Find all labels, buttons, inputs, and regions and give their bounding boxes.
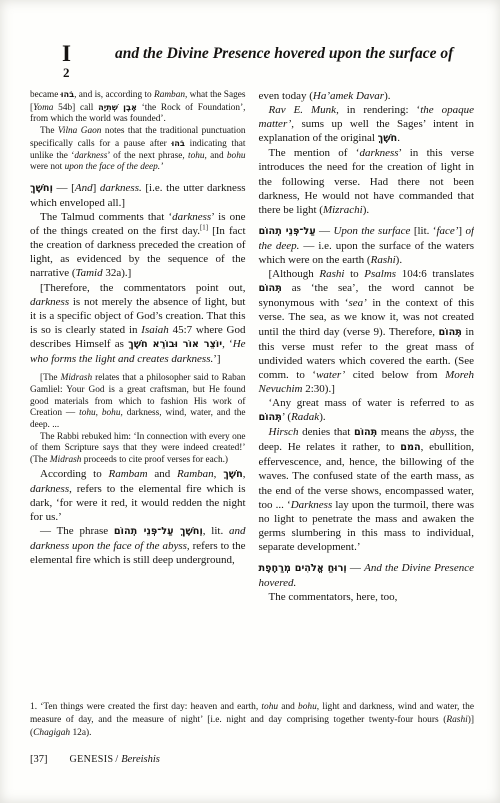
page-header: I 2 and the Divine Presence hovered upon… [62, 44, 472, 79]
hebrew-term: המם [400, 442, 420, 453]
hebrew-term: תְּהוֹם [259, 412, 282, 423]
hebrew-term: יוֹצֵר אוֹר וּבוֹרֵא חֹשֶׁךְ [128, 339, 222, 350]
hebrew-term: וְרוּחַ אֱלֹהִים מְרַחֶפֶת [259, 563, 347, 574]
paragraph: [Therefore, the commentators point out, … [30, 281, 246, 367]
paragraph: became בֹהוּ, and is, according to Ramba… [30, 89, 246, 126]
hebrew-term: תְּהוֹם [354, 427, 377, 438]
parsha-title: Bereishis [121, 754, 160, 766]
hebrew-term: אֶבֶן שְׁתִיָה [98, 102, 137, 112]
paragraph: — The phrase וְחֹשֶׁךְ עַל־פְּנֵי תְהוֹם… [30, 524, 246, 567]
paragraph: ‘Any great mass of water is referred to … [259, 396, 475, 425]
paragraph: עַל־פְּנֵי תְהוֹם — Upon the surface [li… [259, 224, 475, 267]
hebrew-term: בֹהוּ [171, 138, 184, 148]
book-page: I 2 and the Divine Presence hovered upon… [0, 0, 500, 803]
paragraph: Rav E. Munk, in rendering: ‘the opaque m… [259, 103, 475, 146]
footnote-marker: [1] [200, 225, 208, 232]
running-head-verse-text: and the Divine Presence hovered upon the… [115, 44, 472, 64]
hebrew-term: עַל־פְּנֵי תְהוֹם [259, 226, 316, 237]
footnote: 1. ‘Ten things were created the first da… [30, 701, 474, 740]
paragraph: The mention of ‘darkness’ in this verse … [259, 146, 475, 216]
page-number: [37] [30, 754, 48, 766]
paragraph: even today (Ha’amek Davar). [259, 89, 475, 103]
book-title: GENESIS [70, 754, 114, 766]
hebrew-term: חֹשֶׁךְ [223, 469, 243, 480]
paragraph: According to Rambam and Ramban, חֹשֶׁךְ,… [30, 467, 246, 524]
paragraph: וְחֹשֶׁךְ — [And] darkness. [i.e. the ut… [30, 181, 246, 210]
paragraph: [Although Rashi to Psalms 104:6 translat… [259, 267, 475, 396]
hebrew-term: תְּהוֹם [439, 327, 462, 338]
hebrew-term: וְחֹשֶׁךְ עַל־פְּנֵי תְהוֹם [114, 526, 203, 537]
left-column: became בֹהוּ, and is, according to Ramba… [30, 89, 246, 697]
paragraph: The Vilna Gaon notes that the traditiona… [30, 126, 246, 174]
hebrew-term: חֹשֶׁךְ [378, 133, 398, 144]
hebrew-term: וְחֹשֶׁךְ [30, 183, 53, 194]
paragraph: The commentators, here, too, [259, 590, 475, 604]
paragraph: Hirsch denies that תְּהוֹם means the aby… [259, 425, 475, 554]
paragraph: The Talmud comments that ‘darkness’ is o… [30, 210, 246, 280]
footer-separator: / [115, 754, 118, 766]
hebrew-term: תְּהוֹם [259, 283, 282, 294]
commentary-columns: became בֹהוּ, and is, according to Ramba… [30, 89, 474, 697]
paragraph: The Rabbi rebuked him: ‘In connection wi… [30, 432, 246, 467]
paragraph: 1. ‘Ten things were created the first da… [30, 701, 474, 740]
right-column: even today (Ha’amek Davar).Rav E. Munk, … [259, 89, 475, 697]
verse-reference: I 2 [62, 44, 71, 79]
verse-number: 2 [62, 66, 71, 79]
chapter-number: I [62, 44, 71, 64]
hebrew-term: בֹהוּ [61, 89, 74, 99]
paragraph: וְרוּחַ אֱלֹהִים מְרַחֶפֶת — And the Div… [259, 561, 475, 590]
page-footer: [37] GENESIS / Bereishis [30, 754, 160, 766]
paragraph: [The Midrash relates that a philosopher … [30, 373, 246, 432]
